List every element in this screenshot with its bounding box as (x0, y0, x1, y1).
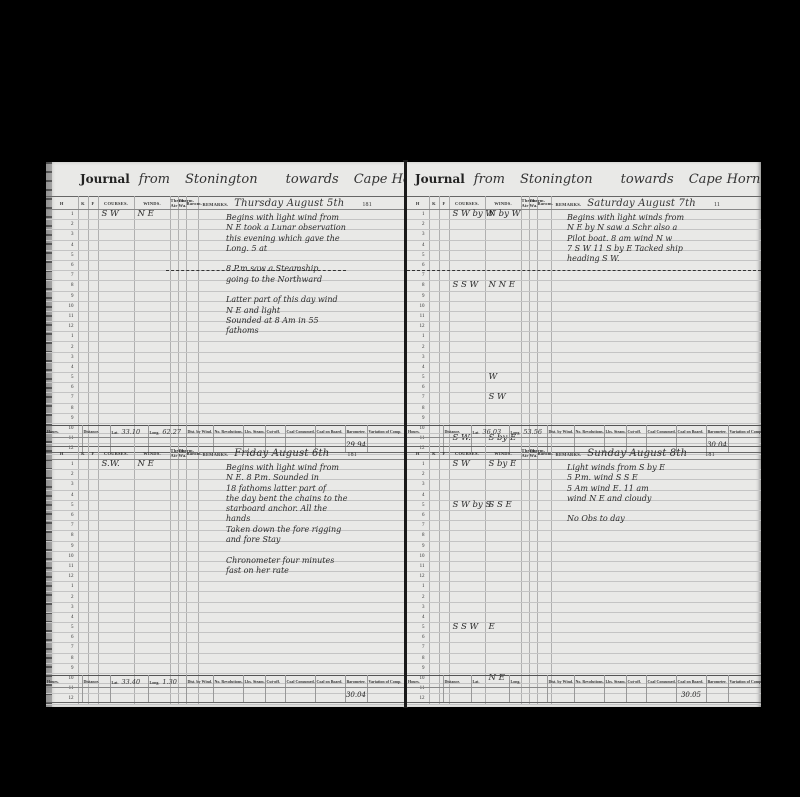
hour-number: 3 (46, 230, 78, 240)
summary-header: Hours. (46, 676, 82, 688)
journal-word: Journal (415, 172, 465, 186)
hour-row: 7S W (407, 393, 761, 403)
summary-header: Hours. (407, 676, 443, 688)
column-header: K (78, 447, 88, 460)
entry-date: Sunday August 8th (587, 448, 687, 459)
summary-header: Cut-off. (626, 676, 646, 688)
hour-number: 1 (46, 582, 78, 592)
hour-row: 9 (407, 413, 761, 423)
hour-number: 12 (407, 572, 429, 582)
hour-row: 7 (46, 521, 404, 531)
column-header: K (429, 447, 439, 460)
hour-number: 6 (46, 383, 78, 393)
hour-row: 6 (407, 633, 761, 643)
hour-number: 2 (407, 342, 429, 352)
hour-row: 8 (46, 653, 404, 663)
hour-number: 9 (407, 291, 429, 301)
hour-number: 8 (407, 653, 429, 663)
hour-number: 11 (46, 311, 78, 321)
hour-number: 1 (46, 332, 78, 342)
hour-number: 3 (407, 352, 429, 362)
summary-header: Distance. (443, 426, 471, 438)
hour-row: 10 (407, 551, 761, 561)
column-header: Therm. Air (521, 447, 529, 460)
summary-header: Lbs. Steam. (604, 676, 626, 688)
summary-header: Dist. by Wind. (186, 676, 213, 688)
hour-number: 6 (46, 260, 78, 270)
summary-header: Cut-off. (265, 676, 285, 688)
course-value: S S W (453, 622, 479, 632)
column-header: K (78, 197, 88, 210)
journal-word: Journal (80, 172, 130, 186)
hour-number: 7 (407, 271, 429, 281)
summary-long: 62.27 (162, 428, 181, 436)
hour-number: 11 (407, 561, 429, 571)
hour-row: 11 (407, 561, 761, 571)
summary-header: No. Revolutions. (574, 426, 604, 438)
towards-label: towards (286, 172, 339, 187)
hour-row: 3 (46, 480, 404, 490)
summary-header: Coal on Board. (315, 676, 345, 688)
hour-row: 1 (407, 332, 761, 342)
hour-row: 4 (46, 490, 404, 500)
watch-divider (166, 270, 346, 271)
summary-lat: 36.03 (483, 428, 502, 436)
hour-row: 10 (46, 551, 404, 561)
column-header: Therm. Wa. (529, 197, 537, 210)
hour-row: 4 (46, 612, 404, 622)
summary-header: Distance. (82, 676, 110, 688)
hour-number: 4 (46, 362, 78, 372)
hour-row: 9 (46, 541, 404, 551)
summary-header: Coal on Board. (676, 426, 706, 438)
summary-header: Long.1.30 (148, 676, 186, 688)
hour-row: 9 (407, 541, 761, 551)
hour-number: 5 (407, 250, 429, 260)
wind-value: W (489, 372, 498, 382)
wind-value: N N E (489, 280, 515, 290)
course-value: S.W. (102, 459, 120, 469)
hour-row: 1 (46, 332, 404, 342)
hour-number: 2 (46, 470, 78, 480)
summary-header: Variation of Comp. (367, 676, 404, 688)
hour-number: 10 (407, 301, 429, 311)
summary-header: Distance. (443, 676, 471, 688)
hour-row: 5 (46, 250, 404, 260)
summary-header: Lbs. Steam. (243, 676, 265, 688)
hour-number: 5 (46, 250, 78, 260)
hour-number: 12 (46, 572, 78, 582)
hour-number: 1 (407, 210, 429, 220)
hour-number: 5 (46, 500, 78, 510)
summary-header: Coal Consumed. (646, 676, 676, 688)
summary-header: Barometer. (345, 676, 367, 688)
hour-number: 1 (407, 582, 429, 592)
entry-date: Saturday August 7th (587, 198, 696, 209)
summary-header: Hours. (407, 426, 443, 438)
hour-row: 8S S WN N E (407, 281, 761, 291)
hour-row: 10 (407, 301, 761, 311)
remarks-text: Light winds from S by E 5 P.m. wind S S … (567, 463, 665, 525)
hour-number: 7 (407, 393, 429, 403)
hour-number: 3 (46, 480, 78, 490)
hour-row: 11 (407, 311, 761, 321)
hour-row: 8 (46, 403, 404, 413)
page-title: Journal from Stonington towards Cape Hor… (80, 172, 404, 187)
summary-header: No. Revolutions. (574, 676, 604, 688)
hour-number: 1 (46, 210, 78, 220)
hour-row: 9 (407, 291, 761, 301)
hour-number: 9 (46, 541, 78, 551)
hour-number: 4 (407, 612, 429, 622)
hour-number: 9 (407, 413, 429, 423)
column-header: F (439, 197, 449, 210)
summary-header: Dist. by Wind. (186, 426, 213, 438)
log-entry-thursday: HKFCOURSES.WINDS.Therm. AirTherm. Wa.Bar… (46, 196, 404, 455)
hour-row: 7 (46, 643, 404, 653)
hour-row: 11 (46, 311, 404, 321)
hour-number: 6 (407, 633, 429, 643)
summary-lat: 33.10 (122, 428, 141, 436)
hour-number: 2 (407, 470, 429, 480)
hour-number: 11 (407, 311, 429, 321)
hour-number: 4 (46, 490, 78, 500)
hour-row: 4 (407, 362, 761, 372)
summary-header: Dist. by Wind. (547, 676, 574, 688)
hour-row: 1 (407, 582, 761, 592)
hour-number: 2 (407, 592, 429, 602)
hour-row: 5 (46, 500, 404, 510)
right-page: Journal from Stonington towards Cape Hor… (407, 162, 761, 707)
column-header: COURSES. (98, 197, 134, 210)
column-header: REMARKS.Saturday August 7th11 (551, 197, 761, 210)
hour-number: 5 (407, 373, 429, 383)
hour-number: 7 (407, 643, 429, 653)
hour-number: 2 (46, 342, 78, 352)
hour-number: 5 (407, 500, 429, 510)
summary-header: No. Revolutions. (213, 426, 243, 438)
hour-row: 4 (407, 612, 761, 622)
hour-number: 3 (46, 352, 78, 362)
hour-row: 8 (46, 531, 404, 541)
column-header: REMARKS.Friday August 6th181 (198, 447, 404, 460)
hour-number: 9 (46, 663, 78, 673)
daily-summary: Hours.Distance.Lat.33.40Long.1.30Dist. b… (46, 675, 404, 703)
destination: Cape Horn (689, 172, 761, 187)
hour-row: 2 (46, 220, 404, 230)
hour-row: 12 (46, 572, 404, 582)
hour-number: 1 (46, 460, 78, 470)
summary-header: Lbs. Steam. (243, 426, 265, 438)
hour-number: 2 (407, 220, 429, 230)
summary-long: 1.30 (162, 678, 176, 686)
hour-row: 9 (46, 291, 404, 301)
summary-header: Distance. (82, 426, 110, 438)
summary-header: Barometer. (706, 426, 728, 438)
hour-number: 7 (46, 643, 78, 653)
hour-row: 7 (407, 271, 761, 281)
hour-row: 2 (46, 342, 404, 352)
hour-row: 7 (46, 271, 404, 281)
hour-row: 2 (46, 470, 404, 480)
hour-row: 5S S WE (407, 623, 761, 633)
hour-row: 11 (46, 561, 404, 571)
summary-header: Long.53.56 (509, 426, 547, 438)
hour-number: 9 (46, 413, 78, 423)
summary-header: Coal Consumed. (285, 676, 315, 688)
summary-long: 53.56 (523, 428, 542, 436)
log-entry-friday: HKFCOURSES.WINDS.Therm. AirTherm. Wa.Bar… (46, 446, 404, 705)
hour-row: 5W (407, 373, 761, 383)
hour-number: 11 (46, 561, 78, 571)
log-entry-saturday: HKFCOURSES.WINDS.Therm. AirTherm. Wa.Bar… (407, 196, 761, 455)
hour-number: 4 (46, 612, 78, 622)
hour-row: 8 (46, 281, 404, 291)
summary-header: Long.62.27 (148, 426, 186, 438)
summary-header: Cut-off. (626, 426, 646, 438)
hour-row: 6 (46, 633, 404, 643)
hour-row: 9 (46, 413, 404, 423)
hour-row: 1S WN E (46, 210, 404, 220)
summary-coal_on_board: 30.05 (681, 691, 701, 699)
hour-row: 7 (407, 643, 761, 653)
hour-number: 1 (407, 332, 429, 342)
from-label: from (139, 172, 170, 187)
summary-header: Variation of Comp. (728, 426, 761, 438)
course-value: S W (453, 459, 470, 469)
hour-row: 2 (407, 342, 761, 352)
summary-header: Lat. (471, 676, 509, 688)
summary-header: Dist. by Wind. (547, 426, 574, 438)
hour-number: 5 (46, 623, 78, 633)
hour-row: 2 (407, 592, 761, 602)
from-port: Stonington (520, 172, 593, 187)
summary-barometer: 30.04 (346, 691, 366, 699)
hour-row: 5 (46, 623, 404, 633)
summary-header: Hours. (46, 426, 82, 438)
column-header: Therm. Air (521, 197, 529, 210)
log-entry-sunday: HKFCOURSES.WINDS.Therm. AirTherm. Wa.Bar… (407, 446, 761, 705)
hour-row: 12 (407, 322, 761, 332)
hour-row: 3 (46, 602, 404, 612)
column-header: REMARKS.Sunday August 8th181 (551, 447, 761, 460)
hour-row: 3 (407, 352, 761, 362)
hour-row: 9 (407, 663, 761, 673)
hour-number: 6 (407, 510, 429, 520)
summary-header: Coal Consumed. (646, 426, 676, 438)
hour-number: 8 (407, 281, 429, 291)
hour-number: 4 (407, 490, 429, 500)
column-header: F (439, 447, 449, 460)
hour-row: 8 (407, 653, 761, 663)
summary-header: Lbs. Steam. (604, 426, 626, 438)
hour-number: 7 (46, 271, 78, 281)
page-title: Journal from Stonington towards Cape Hor… (415, 172, 761, 187)
hour-number: 10 (407, 551, 429, 561)
from-label: from (474, 172, 505, 187)
summary-header: Lat.33.40 (110, 676, 148, 688)
summary-header: Coal on Board. (315, 426, 345, 438)
hour-row: 8 (407, 531, 761, 541)
column-header: F (88, 197, 98, 210)
hour-row: 9 (46, 663, 404, 673)
wind-value: S S E (489, 500, 512, 510)
hour-number: 3 (407, 602, 429, 612)
summary-header: No. Revolutions. (213, 676, 243, 688)
column-header: Therm. Air (170, 447, 178, 460)
entry-date: Friday August 6th (234, 448, 329, 459)
hour-number: 9 (407, 541, 429, 551)
wind-value: N E (138, 209, 154, 219)
summary-header: Cut-off. (265, 426, 285, 438)
watch-divider (407, 270, 761, 271)
summary-header: Long. (509, 676, 547, 688)
column-header: COURSES. (98, 447, 134, 460)
wind-value: N E (138, 459, 154, 469)
destination: Cape Horn (354, 172, 404, 187)
course-value: S W (102, 209, 119, 219)
towards-label: towards (621, 172, 674, 187)
hour-number: 8 (407, 531, 429, 541)
hour-number: 10 (46, 301, 78, 311)
hour-row: 10 (46, 301, 404, 311)
hour-number: 3 (407, 480, 429, 490)
summary-header: Coal Consumed. (285, 426, 315, 438)
remarks-text: Begins with light wind from N E took a L… (226, 213, 346, 337)
hour-number: 2 (46, 592, 78, 602)
hour-row: 5 (46, 373, 404, 383)
daily-summary: Hours.Distance.Lat.Long.Dist. by Wind.No… (407, 675, 761, 703)
course-value: S S W (453, 280, 479, 290)
hour-row: 3 (46, 352, 404, 362)
summary-header: Lat.33.10 (110, 426, 148, 438)
hour-number: 9 (407, 663, 429, 673)
summary-lat: 33.40 (122, 678, 141, 686)
hour-row: 7 (46, 393, 404, 403)
hour-row: 2 (46, 592, 404, 602)
entry-date: Thursday August 5th (234, 198, 344, 209)
summary-header: Variation of Comp. (728, 676, 761, 688)
hour-row: 12 (46, 322, 404, 332)
column-header: H (407, 197, 429, 210)
hour-row: 4 (46, 240, 404, 250)
hour-number: 12 (46, 322, 78, 332)
wind-value: E (489, 622, 495, 632)
hour-number: 6 (46, 510, 78, 520)
from-port: Stonington (185, 172, 258, 187)
column-header: COURSES. (449, 197, 485, 210)
wind-value: N by W (489, 209, 521, 219)
hour-row: 6 (46, 383, 404, 393)
hour-row: 8 (407, 403, 761, 413)
hour-number: 4 (407, 362, 429, 372)
hour-number: 7 (407, 521, 429, 531)
column-header: WINDS. (134, 197, 170, 210)
hour-number: 1 (407, 460, 429, 470)
hour-number: 5 (46, 373, 78, 383)
hour-row: 3 (46, 230, 404, 240)
column-header: K (429, 197, 439, 210)
column-header: Therm. Wa. (178, 447, 186, 460)
hour-number: 12 (407, 322, 429, 332)
hour-number: 5 (407, 623, 429, 633)
column-header: WINDS. (134, 447, 170, 460)
hour-number: 7 (46, 521, 78, 531)
summary-header: Coal on Board. (676, 676, 706, 688)
wind-value: S W (489, 392, 506, 402)
summary-header: Lat.36.03 (471, 426, 509, 438)
summary-header: Barometer. (345, 426, 367, 438)
hour-number: 6 (46, 633, 78, 643)
hour-row: 1S.W.N E (46, 460, 404, 470)
summary-header: Barometer. (706, 676, 728, 688)
hour-row: 4 (46, 362, 404, 372)
hour-row: 3 (407, 602, 761, 612)
column-header: H (46, 447, 78, 460)
hour-number: 3 (46, 602, 78, 612)
hour-number: 6 (407, 383, 429, 393)
summary-header: Variation of Comp. (367, 426, 404, 438)
hour-number: 2 (46, 220, 78, 230)
remarks-text: Begins with light wind from N E. 8 P.m. … (226, 463, 347, 576)
column-header: REMARKS.Thursday August 5th181 (198, 197, 404, 210)
column-header: Therm. Wa. (529, 447, 537, 460)
hour-number: 8 (46, 653, 78, 663)
column-header: WINDS. (485, 197, 521, 210)
column-header: Therm. Wa. (178, 197, 186, 210)
wind-value: S by E (489, 459, 517, 469)
remarks-text: Begins with light winds from N E by N sa… (567, 213, 684, 264)
hour-number: 8 (407, 403, 429, 413)
left-page: Journal from Stonington towards Cape Hor… (46, 162, 404, 707)
hour-number: 7 (46, 393, 78, 403)
column-header: Therm. Air (170, 197, 178, 210)
column-header: F (88, 447, 98, 460)
column-header: H (46, 197, 78, 210)
hour-number: 4 (407, 240, 429, 250)
hour-row: 1 (46, 582, 404, 592)
hour-row: 6 (407, 383, 761, 393)
hour-number: 8 (46, 403, 78, 413)
hour-number: 8 (46, 281, 78, 291)
hour-number: 4 (46, 240, 78, 250)
hour-row: 12 (407, 572, 761, 582)
column-header: H (407, 447, 429, 460)
hour-number: 3 (407, 230, 429, 240)
column-header: COURSES. (449, 447, 485, 460)
column-header: WINDS. (485, 447, 521, 460)
hour-row: 6 (46, 510, 404, 520)
hour-number: 10 (46, 551, 78, 561)
hour-number: 9 (46, 291, 78, 301)
hour-number: 8 (46, 531, 78, 541)
